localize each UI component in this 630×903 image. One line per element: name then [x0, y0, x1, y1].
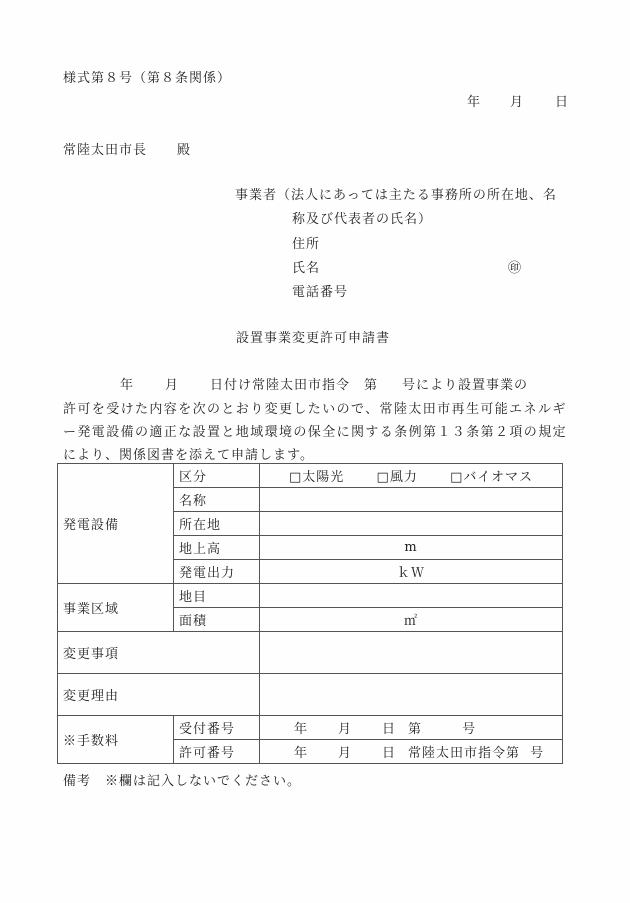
applicant-label-2: 称及び代表者の氏名） [292, 208, 432, 227]
addressee-name: 常陸太田市長 [63, 139, 147, 158]
output-field[interactable]: ｋＷ [260, 560, 563, 584]
height-label: 地上高 [174, 536, 260, 560]
date-month: 月 [510, 91, 524, 110]
land-field[interactable] [260, 584, 563, 608]
name-label: 名称 [174, 488, 260, 512]
applicant-phone-label: 電話番号 [292, 281, 348, 300]
receipt-label: 受付番号 [174, 716, 260, 740]
height-unit: m [404, 540, 417, 555]
body-line1-end: 号により設置事業の [402, 374, 528, 393]
seal-mark: ㊞ [508, 257, 522, 276]
document-title: 設置事業変更許可申請書 [236, 327, 390, 346]
permit-label: 許可番号 [174, 740, 260, 764]
date-year: 年 [467, 91, 481, 110]
fee-group-label: ※手数料 [58, 716, 174, 764]
body-year: 年 [120, 374, 134, 393]
output-label: 発電出力 [174, 560, 260, 584]
permit-field: 年月日常陸太田市指令第号 [260, 740, 563, 764]
name-field[interactable] [260, 488, 563, 512]
body-month: 月 [165, 374, 179, 393]
area-group-label: 事業区域 [58, 584, 174, 632]
applicant-label-1: 事業者（法人にあっては主たる事務所の所在地、名 [235, 184, 557, 203]
applicant-name-label: 氏名 [292, 257, 320, 276]
size-label: 面積 [174, 608, 260, 632]
body-line1-mid: 日付け常陸太田市指令 第 [210, 374, 378, 393]
applicant-address-label: 住所 [292, 233, 320, 252]
location-field[interactable] [260, 512, 563, 536]
change-items-field[interactable] [260, 632, 563, 674]
body-line4: により、関係図書を添えて申請します。 [63, 444, 314, 463]
form-number: 様式第８号（第８条関係） [63, 67, 231, 86]
note: 備考 ※欄は記入しないでください。 [63, 770, 301, 789]
option-wind[interactable]: □風力 [377, 466, 418, 485]
body-line2: 許可を受けた内容を次のとおり変更したいので、常陸太田市再生可能エネルギ [63, 398, 567, 417]
size-field[interactable]: ㎡ [260, 608, 563, 632]
option-biomass[interactable]: □バイオマス [450, 466, 533, 485]
change-reason-field[interactable] [260, 674, 563, 716]
option-solar[interactable]: □太陽光 [289, 466, 344, 485]
type-label: 区分 [174, 464, 260, 488]
size-unit: ㎡ [404, 614, 418, 629]
equipment-group-label: 発電設備 [58, 464, 174, 584]
receipt-field: 年月日第号 [260, 716, 563, 740]
body-line3: ー発電設備の適正な設置と地域環境の保全に関する条例第１３条第２項の規定 [63, 421, 567, 440]
height-field[interactable]: m [260, 536, 563, 560]
addressee-honorific: 殿 [177, 139, 191, 158]
output-unit: ｋＷ [397, 566, 425, 581]
change-reason-label: 変更理由 [58, 674, 260, 716]
land-label: 地目 [174, 584, 260, 608]
change-items-label: 変更事項 [58, 632, 260, 674]
type-options[interactable]: □太陽光 □風力 □バイオマス [260, 464, 563, 488]
date-day: 日 [555, 91, 569, 110]
application-table: 発電設備 区分 □太陽光 □風力 □バイオマス 名称 所在地 地上高 m 発電出… [57, 463, 563, 764]
location-label: 所在地 [174, 512, 260, 536]
